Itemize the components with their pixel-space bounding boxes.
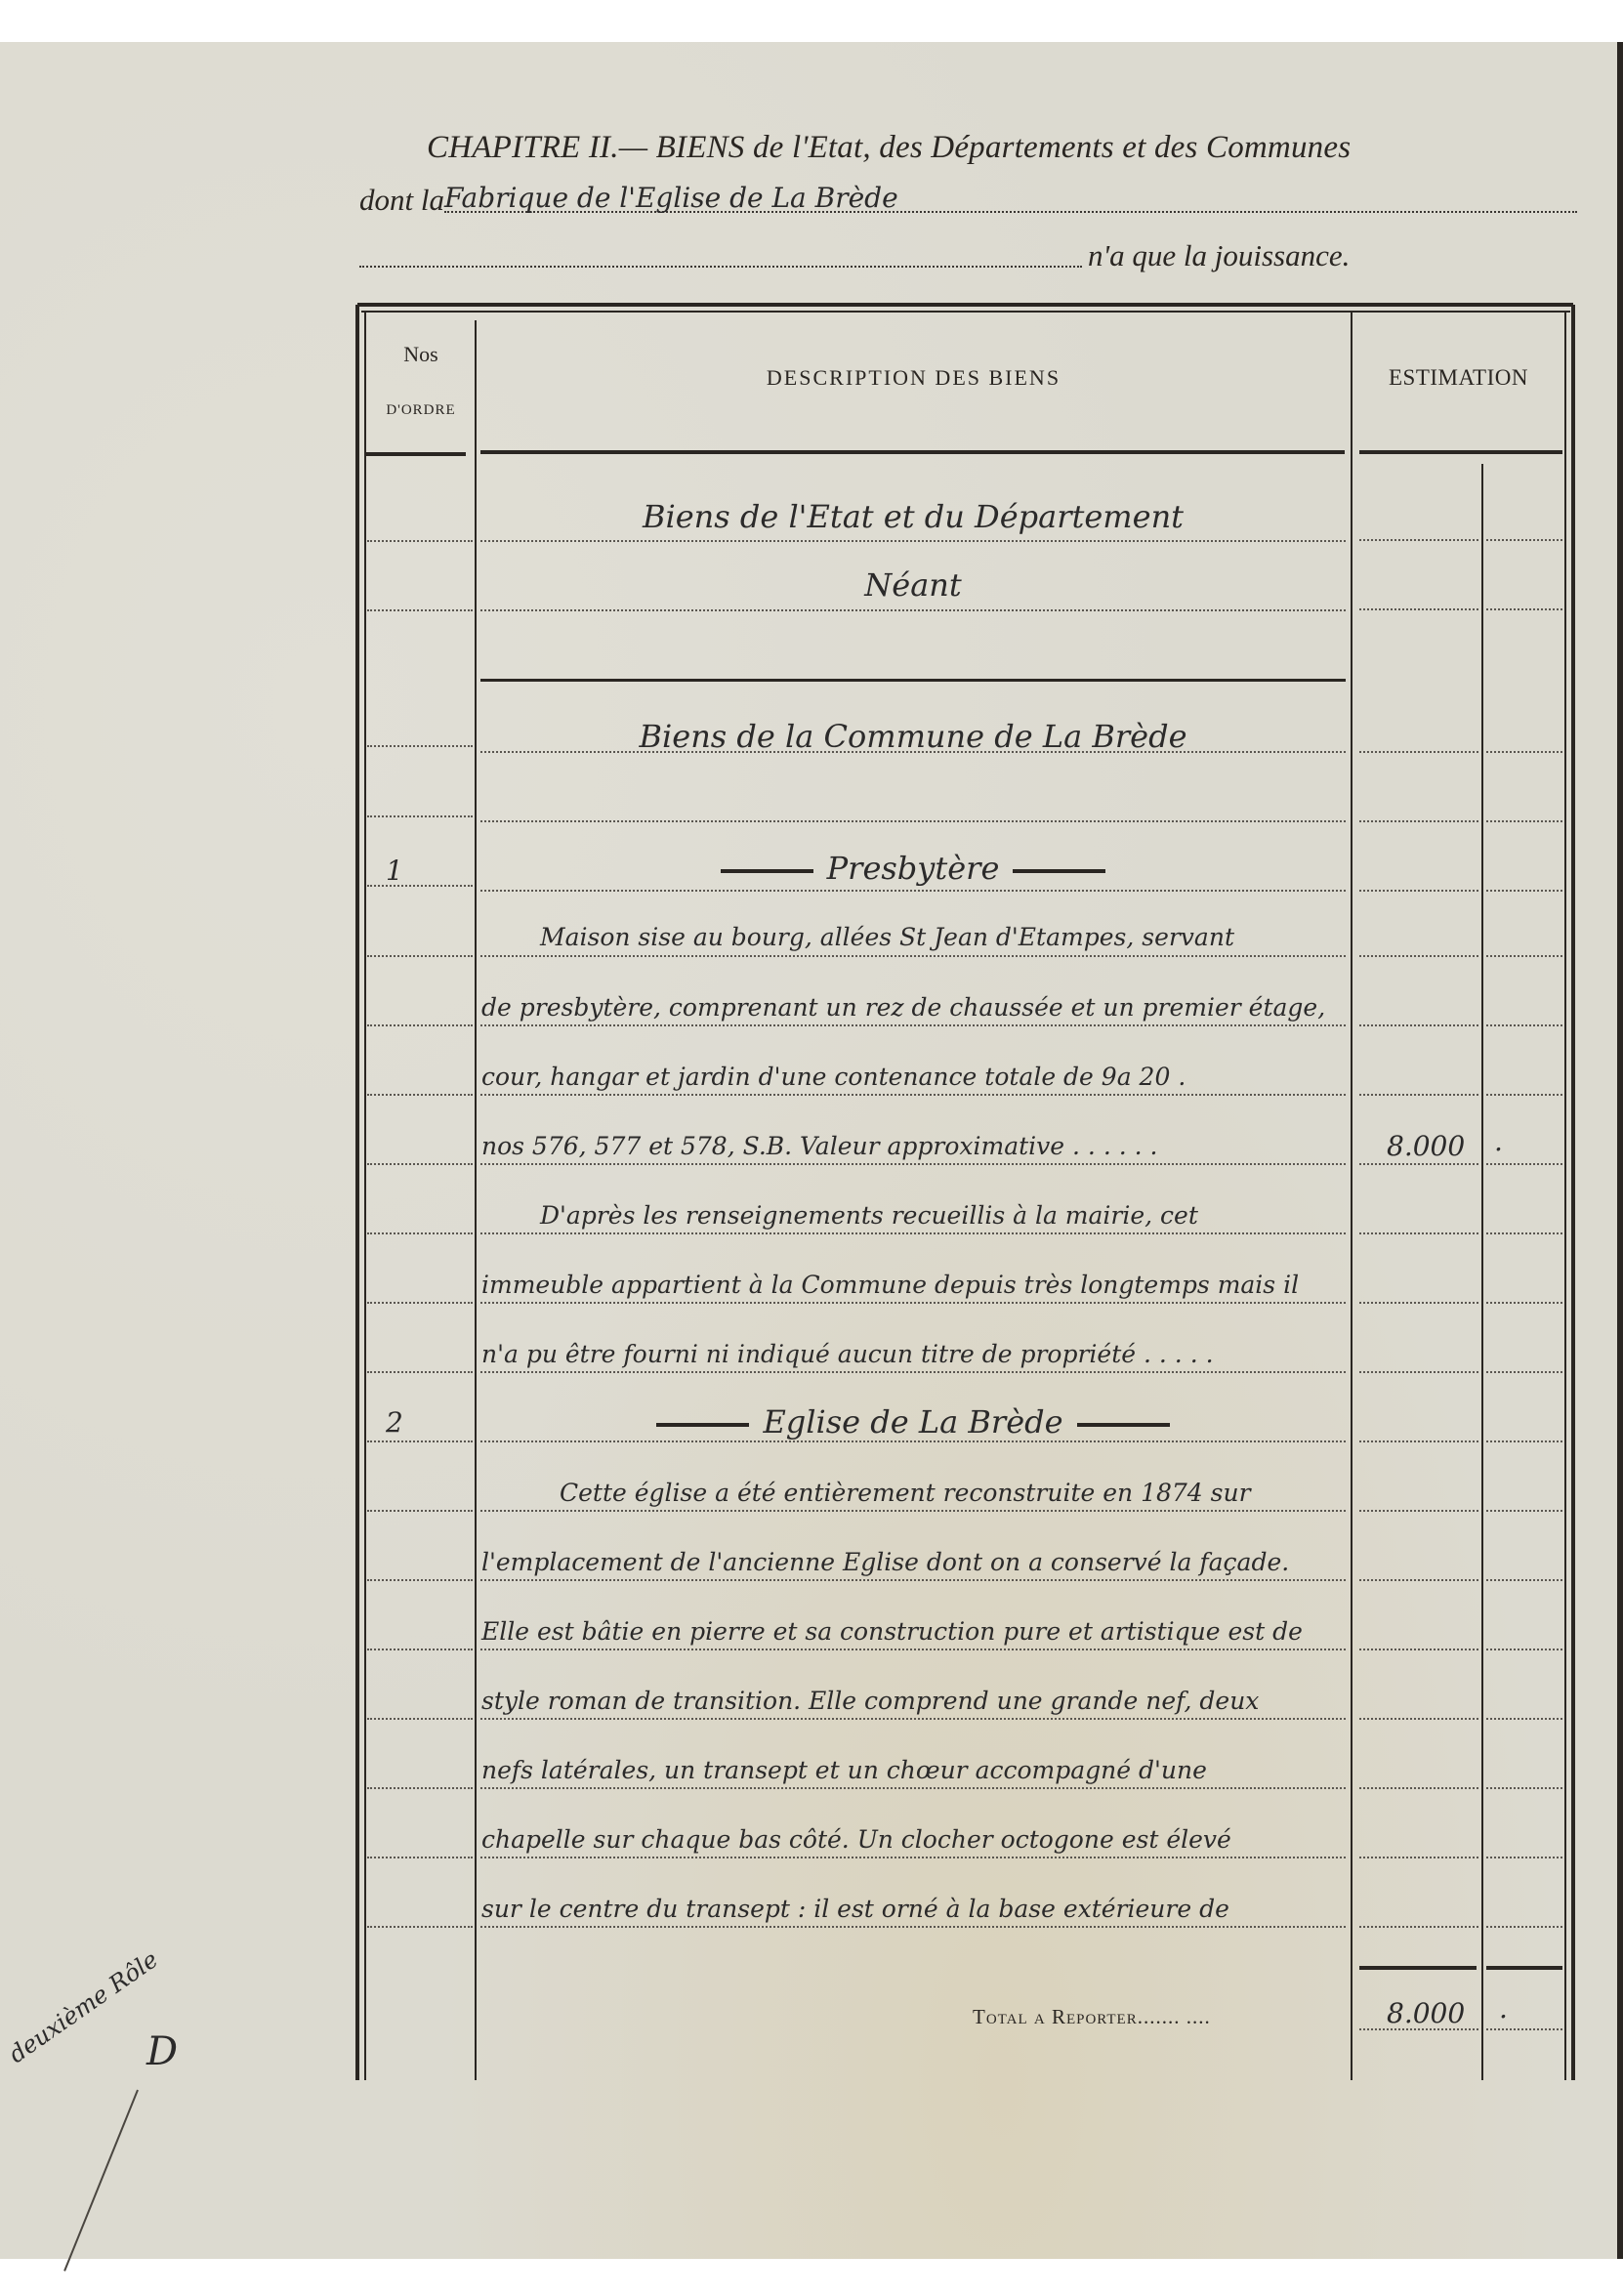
item-2-line-1: Cette église a été entièrement reconstru… [481, 1479, 1419, 1507]
header-rule-description [480, 450, 1345, 454]
total-label: Total a Reporter....... .... [973, 2005, 1211, 2029]
col-header-description: DESCRIPTION DES BIENS [477, 365, 1351, 391]
item-1-line-5: D'après les renseignements recueillis à … [481, 1201, 1399, 1230]
item-1-line-7: n'a pu être fourni ni indiqué aucun titr… [481, 1340, 1341, 1368]
total-rule-cents [1486, 1966, 1562, 1970]
heading-prefix: dont la [359, 183, 444, 218]
item-number: 1 [386, 855, 403, 887]
item-1-estimation: 8.000 [1387, 1130, 1465, 1162]
section-title-commune: Biens de la Commune de La Brède [480, 718, 1346, 755]
item-title-eglise: Eglise de La Brède [480, 1403, 1346, 1440]
col-header-estimation: ESTIMATION [1352, 365, 1564, 391]
total-dots-cents [1486, 2028, 1562, 2030]
margin-initial: D [146, 2029, 178, 2074]
item-1-line-1: Maison sise au bourg, allées St Jean d'E… [481, 923, 1399, 951]
item-1-line-3: cour, hangar et jardin d'une contenance … [481, 1063, 1341, 1091]
col-divider-estimation [1351, 313, 1352, 2080]
header-rule-order [365, 452, 466, 456]
item-2-line-3: Elle est bâtie en pierre et sa construct… [481, 1617, 1341, 1646]
total-rule-estimation [1359, 1966, 1477, 1970]
heading-suffix: n'a que la jouissance. [1088, 238, 1350, 273]
section-subtitle-neant: Néant [480, 566, 1346, 604]
table-right-inner-border [1564, 313, 1566, 2080]
item-1-line-2: de presbytère, comprenant un rez de chau… [481, 993, 1341, 1022]
item-number: 2 [386, 1406, 403, 1439]
item-1-line-6: immeuble appartient à la Commune depuis … [481, 1271, 1341, 1299]
col-header-ordre: D'ORDRE [367, 402, 475, 419]
item-title-text: Eglise de La Brède [763, 1403, 1062, 1440]
section-separator [480, 679, 1346, 682]
chapter-heading: CHAPITRE II.— BIENS de l'Etat, des Dépar… [427, 130, 1351, 166]
section-title-state: Biens de l'Etat et du Département [480, 498, 1346, 535]
item-2-line-4: style roman de transition. Elle comprend… [481, 1687, 1341, 1715]
col-header-nos: Nos [367, 342, 475, 367]
total-value: 8.000 [1387, 1997, 1465, 2029]
total-cents: . [1499, 1992, 1508, 2025]
item-2-line-5: nefs latérales, un transept et un chœur … [481, 1756, 1341, 1784]
item-1-estimation-cents: . [1494, 1125, 1503, 1157]
item-2-line-7: sur le centre du transept : il est orné … [481, 1895, 1341, 1923]
col-divider-order [475, 320, 477, 2080]
item-2-line-2: l'emplacement de l'ancienne Eglise dont … [481, 1548, 1341, 1576]
table-top-border [357, 303, 1573, 307]
fill-line-2 [359, 266, 1082, 268]
table-right-border [1571, 305, 1575, 2080]
fabrique-name: Fabrique de l'Eglise de La Brède [444, 182, 898, 214]
item-title-text: Presbytère [827, 850, 1000, 887]
item-1-line-4: nos 576, 577 et 578, S.B. Valeur approxi… [481, 1132, 1341, 1160]
item-title-presbytere: Presbytère [480, 850, 1346, 887]
item-2-line-6: chapelle sur chaque bas côté. Un clocher… [481, 1825, 1341, 1854]
header-rule-estimation [1359, 450, 1562, 454]
table-left-border [355, 305, 359, 2080]
col-divider-cents [1481, 464, 1483, 2080]
table-top-border-inner [361, 311, 1570, 313]
table-left-inner-border [364, 313, 366, 2080]
